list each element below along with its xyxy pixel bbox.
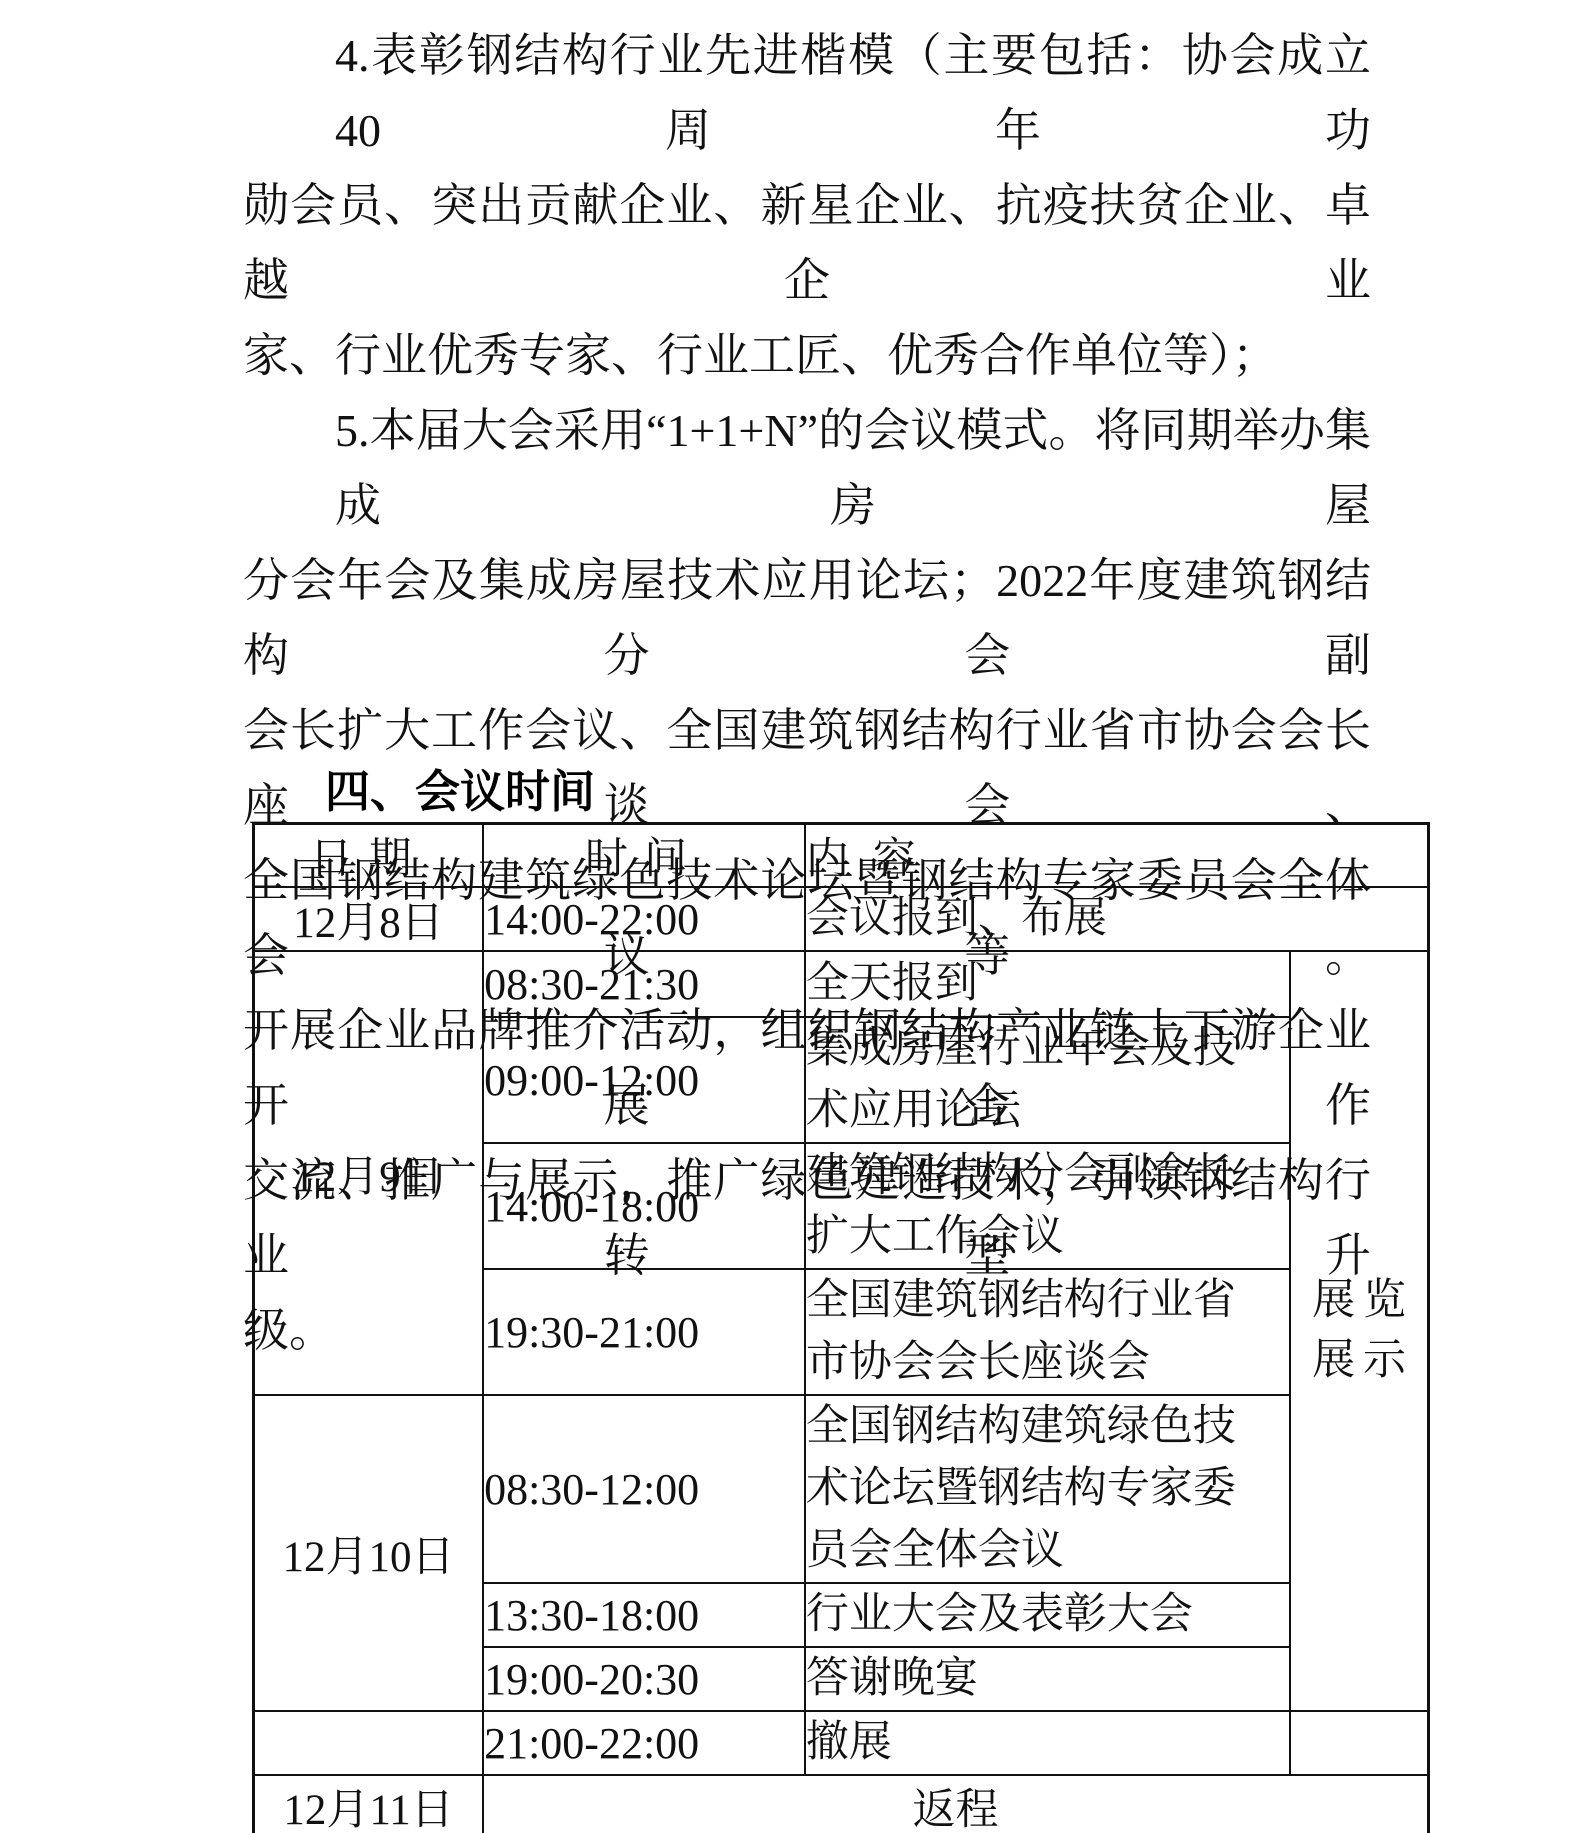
- time-cell: 14:00-22:00: [483, 887, 805, 951]
- schedule-table: 日期 时间 内容 12月8日 14:00-22:00 会议报到、布展 12月9日…: [252, 822, 1430, 1833]
- content-cell: 集成房屋行业年会及技术应用论坛: [805, 1017, 1290, 1143]
- table-header-row: 日期 时间 内容: [254, 824, 1429, 888]
- content-cell: 答谢晚宴: [805, 1647, 1290, 1711]
- time-cell: 19:00-20:30: [483, 1647, 805, 1711]
- table-row: 12月8日 14:00-22:00 会议报到、布展: [254, 887, 1429, 951]
- time-cell: 09:00-12:00: [483, 1017, 805, 1143]
- paragraph-line: 勋会员、突出贡献企业、新星企业、抗疫扶贫企业、卓越企业: [243, 168, 1371, 318]
- empty-date-cell: [254, 1711, 484, 1775]
- table-row: 12月10日 08:30-12:00 全国钢结构建筑绿色技术论坛暨钢结构专家委员…: [254, 1395, 1429, 1583]
- time-cell: 13:30-18:00: [483, 1583, 805, 1647]
- time-cell: 08:30-12:00: [483, 1395, 805, 1583]
- empty-exhibit-cell: [1290, 1711, 1428, 1775]
- paragraph-line: 家、行业优秀专家、行业工匠、优秀合作单位等）；: [243, 318, 1371, 393]
- time-cell: 14:00-18:00: [483, 1143, 805, 1269]
- table-row: 12月11日 返程: [254, 1775, 1429, 1833]
- content-cell: 行业大会及表彰大会: [805, 1583, 1290, 1647]
- date-cell: 12月8日: [254, 887, 484, 951]
- table-row: 21:00-22:00 撤展: [254, 1711, 1429, 1775]
- header-date-cell: 日期: [254, 824, 484, 888]
- content-cell: 全国建筑钢结构行业省市协会会长座谈会: [805, 1269, 1290, 1395]
- content-cell: 全天报到: [805, 951, 1290, 1017]
- paragraph-line: 4.表彰钢结构行业先进楷模（主要包括：协会成立40周年功: [243, 18, 1371, 168]
- exhibit-cell: 展览展示: [1290, 951, 1428, 1711]
- paragraph-line: 分会年会及集成房屋技术应用论坛；2022年度建筑钢结构分会副: [243, 543, 1371, 693]
- content-cell: 会议报到、布展: [805, 887, 1429, 951]
- content-cell: 撤展: [805, 1711, 1290, 1775]
- table-row: 12月9日 08:30-21:30 全天报到 展览展示: [254, 951, 1429, 1017]
- time-cell: 19:30-21:00: [483, 1269, 805, 1395]
- content-cell: 返程: [483, 1775, 1428, 1833]
- content-cell: 建筑钢结构分会副会长扩大工作会议: [805, 1143, 1290, 1269]
- content-cell: 全国钢结构建筑绿色技术论坛暨钢结构专家委员会全体会议: [805, 1395, 1290, 1583]
- time-cell: 21:00-22:00: [483, 1711, 805, 1775]
- date-cell: 12月11日: [254, 1775, 484, 1833]
- date-cell: 12月10日: [254, 1395, 484, 1711]
- time-cell: 08:30-21:30: [483, 951, 805, 1017]
- date-cell: 12月9日: [254, 951, 484, 1395]
- section-title: 四、会议时间: [325, 768, 595, 816]
- paragraph-line: 5.本届大会采用“1+1+N”的会议模式。将同期举办集成房屋: [243, 393, 1371, 543]
- header-time-cell: 时间: [483, 824, 805, 888]
- document-page: 4.表彰钢结构行业先进楷模（主要包括：协会成立40周年功 勋会员、突出贡献企业、…: [0, 0, 1587, 1833]
- header-content-cell: 内容: [805, 824, 1429, 888]
